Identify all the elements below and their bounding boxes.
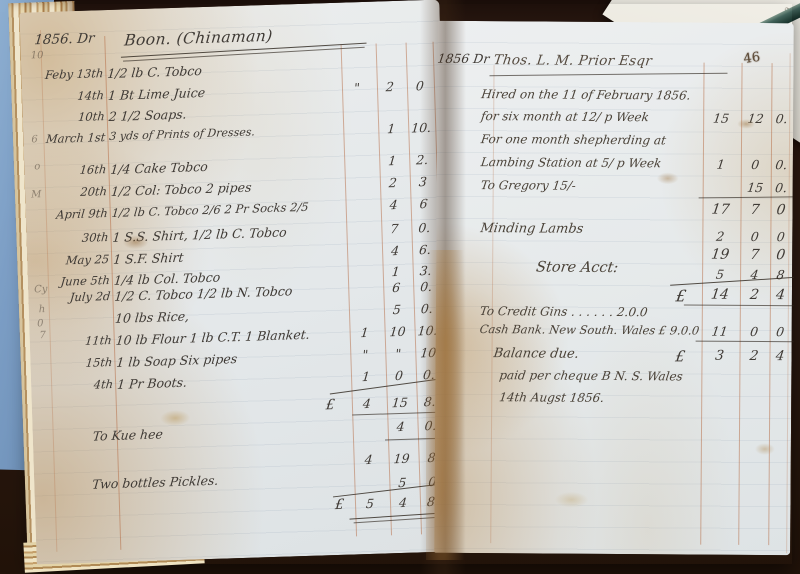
line-text: Minding Lambs bbox=[479, 221, 706, 238]
line-pence: 8 bbox=[769, 267, 792, 282]
ledger-photo: (1829 1856. Dr Boon. (Chinaman) Feby 13t… bbox=[0, 0, 800, 574]
entry-pounds: " bbox=[339, 80, 374, 96]
stray-mark: h bbox=[39, 304, 46, 315]
line-text: Hired on the 11 of February 1856. bbox=[480, 87, 707, 103]
entry-shillings: " bbox=[384, 346, 413, 362]
entry-date: May 25 bbox=[35, 252, 110, 268]
left-year-label: 1856. Dr bbox=[34, 30, 96, 48]
entry-date: 20th bbox=[32, 184, 107, 200]
right-page: 1856 Dr Thos. L. M. Prior Esqr 46 Hired … bbox=[434, 21, 794, 555]
line-pounds: 5 bbox=[701, 267, 739, 282]
stray-mark: Cy bbox=[34, 284, 48, 295]
total-shillings: 4 bbox=[388, 494, 417, 510]
entry-date: 11th bbox=[37, 333, 112, 349]
line-pence: 0 bbox=[769, 229, 792, 244]
entry-shillings bbox=[375, 57, 403, 58]
subtotal-row: 1770 bbox=[436, 200, 792, 222]
entry-shillings: 1 bbox=[378, 153, 407, 169]
entry-shillings: 10 bbox=[383, 324, 412, 340]
entry-date: April 9th bbox=[33, 206, 108, 222]
left-page: 1856. Dr Boon. (Chinaman) Feby 13th1/2 l… bbox=[19, 0, 456, 564]
line-pounds: 14 bbox=[701, 287, 739, 303]
entry-date: March 1st bbox=[31, 130, 106, 146]
line-text: paid per cheque B N. S. Wales bbox=[498, 368, 725, 384]
entry-description: 1/4 Cake Tobco bbox=[110, 155, 343, 177]
stray-mark: 0 bbox=[37, 318, 44, 329]
total-shillings: 15 bbox=[385, 395, 414, 411]
pound-sign: £ bbox=[325, 397, 348, 414]
line-pence: 0. bbox=[770, 157, 793, 172]
line-pounds: 3 bbox=[700, 348, 738, 364]
left-account-title: Boon. (Chinaman) bbox=[124, 27, 274, 50]
line-pence: 4 bbox=[769, 287, 792, 303]
stray-mark: M bbox=[31, 189, 42, 200]
ledger-line: Minding Lambs200 bbox=[436, 221, 792, 243]
total-shillings: 4 bbox=[386, 418, 415, 434]
ledger-line: paid per cheque B N. S. Wales bbox=[435, 368, 791, 390]
line-shillings: 7 bbox=[741, 202, 770, 218]
ledger-line: Balance due.£324 bbox=[435, 346, 791, 368]
entry-date: 14th bbox=[29, 88, 104, 104]
line-pounds: 2 bbox=[701, 229, 739, 244]
stain-spot bbox=[657, 172, 679, 184]
line-pounds: 1 bbox=[702, 157, 740, 172]
entry-date: 30th bbox=[34, 230, 109, 246]
line-pence: 4 bbox=[768, 348, 791, 364]
entry-shillings: 1 bbox=[381, 264, 410, 280]
stain-spot bbox=[737, 119, 755, 129]
line-pounds: 15 bbox=[702, 111, 740, 126]
line-text: To Credit Gins . . . . . . 2.0.0 bbox=[479, 304, 706, 320]
entry-date: 10th bbox=[30, 109, 105, 125]
right-account-title: Thos. L. M. Prior Esqr bbox=[493, 52, 654, 69]
entry-pounds bbox=[339, 58, 373, 59]
ledger-line: Lambing Station at 5/ p Week100. bbox=[437, 155, 793, 177]
stray-mark: o bbox=[34, 161, 40, 172]
line-text: Cash Bank. New South. Wales £ 9.0.0 bbox=[479, 322, 706, 338]
entry-date: 15th bbox=[38, 355, 113, 371]
pound-sign: £ bbox=[674, 347, 700, 365]
line-pounds: 17 bbox=[702, 202, 740, 218]
line-pence: 0. bbox=[770, 111, 793, 126]
ledger-line: Store Acct:548 bbox=[436, 259, 792, 281]
ledger-line: Hired on the 11 of February 1856. bbox=[437, 87, 793, 109]
entry-pounds: " bbox=[348, 346, 383, 362]
total-pounds: 4 bbox=[349, 395, 384, 411]
page-number: 46 bbox=[743, 50, 761, 67]
entry-date: 4th bbox=[39, 377, 114, 393]
line-shillings: 0 bbox=[740, 324, 769, 339]
total-pounds: 4 bbox=[351, 451, 386, 467]
gutter-stain bbox=[426, 250, 466, 560]
stain-spot bbox=[755, 443, 775, 455]
entry-pounds: 1 bbox=[347, 324, 382, 340]
stain-spot bbox=[554, 492, 588, 508]
line-shillings: 0 bbox=[741, 157, 770, 172]
line-pounds: 11 bbox=[701, 324, 739, 339]
entry-shillings: 5 bbox=[382, 302, 411, 318]
stain-spot bbox=[160, 410, 190, 427]
pound-sign: £ bbox=[675, 286, 701, 305]
line-text: Lambing Station at 5/ p Week bbox=[480, 155, 707, 171]
entry-shillings: 6 bbox=[382, 280, 411, 296]
ledger-line: 14th Augst 1856. bbox=[435, 390, 791, 412]
line-shillings: 2 bbox=[739, 348, 768, 364]
entry-shillings: 2 bbox=[378, 175, 407, 191]
line-pence: 0 bbox=[769, 324, 792, 339]
entry-date: Feby 13th bbox=[29, 66, 104, 82]
entry-description: 1/2 lb C. Tobco bbox=[107, 59, 340, 81]
line-text: For one month shepherding at bbox=[480, 132, 707, 148]
entry-shillings: 4 bbox=[380, 243, 409, 259]
entry-shillings: 7 bbox=[380, 221, 409, 237]
line-shillings: 2 bbox=[740, 287, 769, 303]
grand-total-row: £548. bbox=[35, 493, 455, 526]
entry-pounds: 1 bbox=[348, 368, 383, 384]
total-pounds: 5 bbox=[352, 495, 387, 511]
title-underline bbox=[489, 73, 727, 76]
stray-mark: 10 bbox=[31, 50, 44, 61]
line-pence: 0. bbox=[770, 180, 793, 195]
line-text: for six month at 12/ p Week bbox=[480, 109, 707, 125]
line-shillings: 0 bbox=[740, 229, 769, 244]
ledger-line: For one month shepherding at bbox=[437, 132, 793, 154]
entry-shillings: 4 bbox=[379, 197, 408, 213]
line-shillings: 15 bbox=[741, 180, 770, 195]
line-text: 14th Augst 1856. bbox=[498, 390, 725, 406]
total-shillings: 19 bbox=[387, 450, 416, 466]
entry-shillings: 2 bbox=[375, 79, 404, 95]
stray-mark: 6 bbox=[31, 134, 38, 145]
entry-date: 16th bbox=[32, 162, 107, 178]
entry-shillings: 1 bbox=[377, 121, 406, 137]
entry-shillings: 0 bbox=[384, 368, 413, 384]
stray-mark: 7 bbox=[39, 330, 46, 341]
line-pence: 0 bbox=[770, 202, 793, 218]
entry-description: To Kue hee bbox=[92, 421, 325, 443]
